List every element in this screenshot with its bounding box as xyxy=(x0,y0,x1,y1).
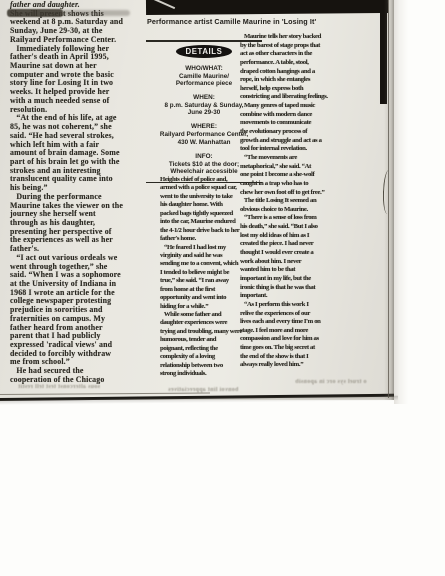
clipping-cut-echo xyxy=(0,393,210,395)
text-line: movements to communicate xyxy=(240,119,332,128)
text-line: sending me to a convent, which xyxy=(160,260,240,268)
text-line: one point I become a she-wolf xyxy=(240,171,332,180)
text-line: into the car, Maurine endured xyxy=(160,218,240,226)
text-line: virginity and said he was xyxy=(160,252,240,260)
details-badge: DETAILS xyxy=(176,45,232,58)
text-line: strong individuals. xyxy=(160,370,240,378)
text-line: wanted him to be that xyxy=(240,266,332,275)
text-line: always really loved him.” xyxy=(240,361,332,370)
photo-caption: Performance artist Camille Maurine in 'L… xyxy=(147,17,387,26)
bleed-through-text: o truel sys orc in aponsib xyxy=(295,379,367,385)
text-line: trying and troubling, many were xyxy=(160,328,240,336)
text-line: packed bags tightly squeezed xyxy=(160,210,240,218)
photo-right-edge xyxy=(380,0,387,104)
text-line: work about him. I never xyxy=(240,258,332,267)
text-line: opportunity and went into xyxy=(160,294,240,302)
text-line: compassion and love for him as xyxy=(240,335,332,344)
text-line: rope, in which she entangles xyxy=(240,76,332,85)
text-line: armed with a police squad car, xyxy=(160,184,240,192)
text-line: act as other characters in the xyxy=(240,50,332,59)
text-line: “He feared I had lost my xyxy=(160,244,240,252)
text-line: stage. I feel more and more xyxy=(240,327,332,336)
text-line: caught in a trap who has to xyxy=(240,180,332,189)
text-line: by the barest of stage props that xyxy=(240,42,332,51)
text-line: “The movements are xyxy=(240,154,332,163)
text-line: hiding for a while.” xyxy=(160,303,240,311)
text-line: performance. A table, stool, xyxy=(240,59,332,68)
paper-crease-mark xyxy=(382,170,394,214)
ink-smudge xyxy=(7,9,63,17)
text-line: thought I would ever create a xyxy=(240,249,332,258)
clipping-right-edge xyxy=(388,0,389,398)
text-line: the evolutionary process of xyxy=(240,128,332,137)
text-line: went to the university to take xyxy=(160,193,240,201)
text-line: time goes on. The big secret at xyxy=(240,344,332,353)
text-line: obvious choice to Maurine. xyxy=(240,206,332,215)
text-line: chew her own foot off to get free.” xyxy=(240,189,332,198)
text-line: his daughter home. With xyxy=(160,201,240,209)
text-line: complexity of a loving xyxy=(160,353,240,361)
text-line: I tended to believe might be xyxy=(160,269,240,277)
scan-background: Performance artist Camille Maurine in 'L… xyxy=(0,0,445,576)
text-line: Heights chief of police and, xyxy=(160,176,240,184)
text-line: true,” she said. “I ran away xyxy=(160,277,240,285)
text-line: Maurine tells her story backed xyxy=(240,33,332,42)
article-column-right: Maurine tells her story backedby the bar… xyxy=(240,33,332,370)
details-title: DETAILS xyxy=(186,46,223,55)
text-line: humorous, tender and xyxy=(160,336,240,344)
scan-edge-shadow xyxy=(394,0,408,404)
text-line: combine with modern dance xyxy=(240,111,332,120)
text-line: “As I perform this work I xyxy=(240,301,332,310)
text-line: herself, help express both xyxy=(240,85,332,94)
text-line: poignant, reflecting the xyxy=(160,345,240,353)
text-line: draped cotton hangings and a xyxy=(240,68,332,77)
text-line: daughter experiences were xyxy=(160,319,240,327)
text-line: relationship between two xyxy=(160,362,240,370)
text-line: the end of the show is that I xyxy=(240,353,332,362)
text-line: created the piece. I had never xyxy=(240,240,332,249)
text-line: important. xyxy=(240,292,332,301)
text-line: metaphorical,” she said. “At xyxy=(240,163,332,172)
text-line: constricting and liberating feelings. xyxy=(240,93,332,102)
article-column-left: father and daughter.She will present sho… xyxy=(10,1,143,385)
text-line: the 4-1/2 hour drive back to her xyxy=(160,227,240,235)
text-line: father's home. xyxy=(160,235,240,243)
text-line: Many genres of taped music xyxy=(240,102,332,111)
text-line: “There is a sense of loss from xyxy=(240,214,332,223)
text-line: important in my life, but the xyxy=(240,275,332,284)
text-line: tool for internal revelation. xyxy=(240,145,332,154)
newspaper-clipping: Performance artist Camille Maurine in 'L… xyxy=(0,0,394,400)
text-line: lost my old ideas of him as I xyxy=(240,232,332,241)
ink-smudge-light xyxy=(60,10,130,16)
text-line: his death,” she said. “But I also xyxy=(240,223,332,232)
article-column-middle: Heights chief of police and,armed with a… xyxy=(160,176,240,379)
text-line: ironic thing is that he was that xyxy=(240,284,332,293)
text-line: from home at the first xyxy=(160,286,240,294)
text-line: While some father and xyxy=(160,311,240,319)
photo-bottom-edge xyxy=(146,0,388,15)
text-line: The title Losing It seemed an xyxy=(240,197,332,206)
bleed-through-text: sous alterconst test tell restit xyxy=(18,384,100,390)
text-line: relive the experiences of our xyxy=(240,310,332,319)
text-line: growth and struggle and act as a xyxy=(240,137,332,146)
text-line: lives each and every time I'm on xyxy=(240,318,332,327)
